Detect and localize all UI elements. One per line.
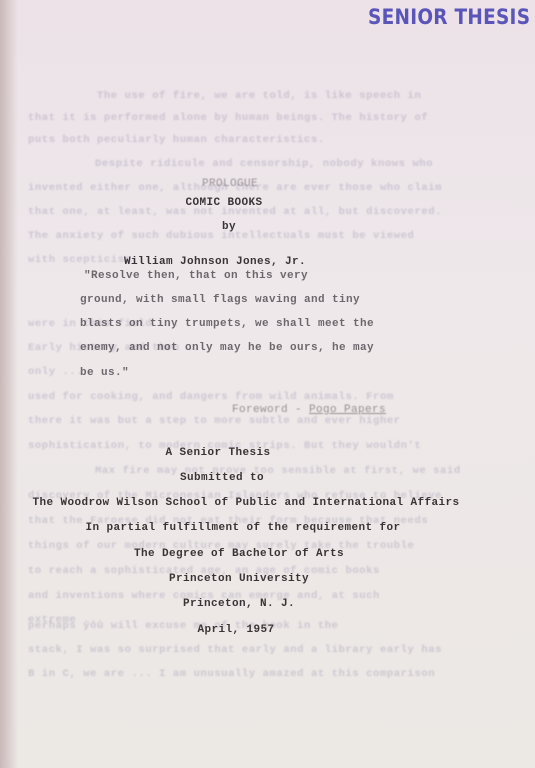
senior-thesis-stamp: SENIOR THESIS xyxy=(368,5,530,29)
thesis-title-page: SENIOR THESIS The use of fire, we are to… xyxy=(0,0,535,768)
bleed-through-line: perhaps you will excuse me of the book i… xyxy=(28,620,339,632)
epigraph-line: blasts on tiny trumpets, we shall meet t… xyxy=(80,318,374,330)
prologue-heading: PROLOGUE xyxy=(202,178,258,190)
submitted-to: Submitted to xyxy=(180,472,264,484)
bleed-through-line: B in C, we are ... I am unusually amazed… xyxy=(28,668,435,680)
epigraph-line: "Resolve then, that on this very xyxy=(84,270,308,282)
school-name: The Woodrow Wilson School of Public and … xyxy=(32,497,459,509)
bleed-through-line: stack, I was so surprised that early and… xyxy=(28,644,442,656)
submission-date: April, 1957 xyxy=(197,624,274,636)
epigraph-line: ground, with small flags waving and tiny xyxy=(80,294,360,306)
attribution-prefix: Foreword - xyxy=(232,404,309,416)
requirement-line: In partial fulfillment of the requiremen… xyxy=(85,522,400,534)
bleed-through-line: used for cooking, and dangers from wild … xyxy=(28,391,394,403)
epigraph-line: enemy, and not only may he be ours, he m… xyxy=(80,342,374,354)
by-line: by xyxy=(222,221,236,233)
attribution-source: Pogo Papers xyxy=(309,404,386,416)
location: Princeton, N. J. xyxy=(183,598,295,610)
thesis-type: A Senior Thesis xyxy=(165,447,270,459)
epigraph-line: be us." xyxy=(80,367,129,379)
bleed-through-line: Max fire may not prove too sensible at f… xyxy=(95,465,461,477)
university-name: Princeton University xyxy=(169,573,309,585)
bleed-through-line: only ... xyxy=(28,366,83,378)
bleed-through-line: The use of fire, we are told, is like sp… xyxy=(97,90,421,102)
binding-shadow xyxy=(0,0,18,768)
bleed-through-line: there it was but a step to more subtle a… xyxy=(28,415,401,427)
prologue-title: COMIC BOOKS xyxy=(185,197,262,209)
epigraph-attribution: Foreword - Pogo Papers xyxy=(232,404,386,416)
bleed-through-line: that it is performed alone by human bein… xyxy=(28,112,428,124)
bleed-through-line: puts both peculiarly human characteristi… xyxy=(28,134,325,146)
degree-name: The Degree of Bachelor of Arts xyxy=(134,548,344,560)
bleed-through-line: Despite ridicule and censorship, nobody … xyxy=(95,158,433,170)
author-name: William Johnson Jones, Jr. xyxy=(124,256,306,268)
